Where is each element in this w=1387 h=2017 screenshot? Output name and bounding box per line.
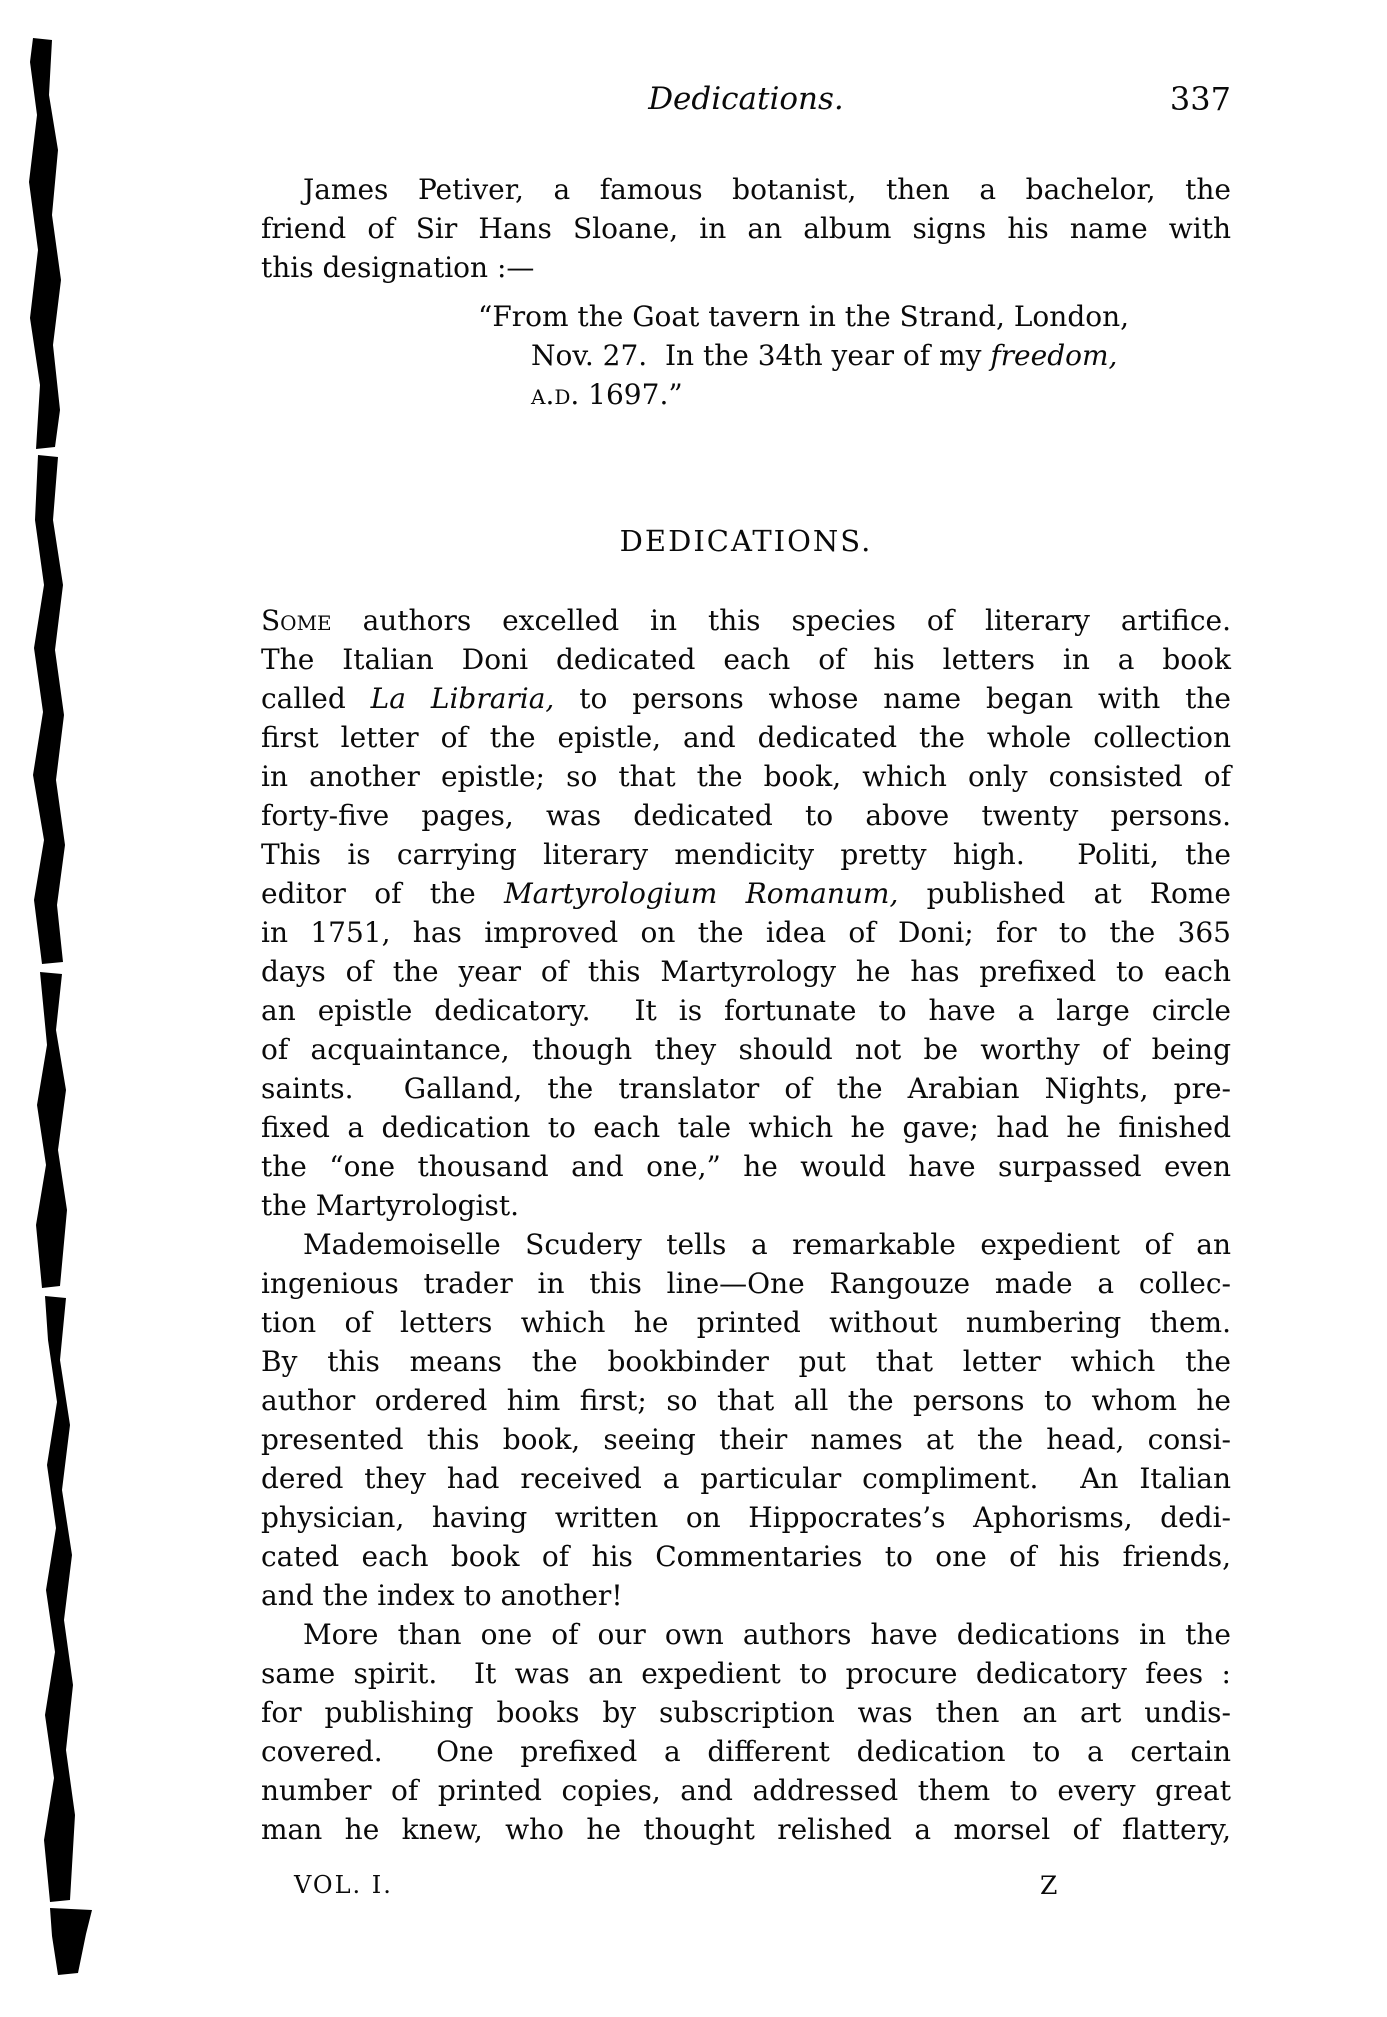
text-segment: in another epistle; so that the book, wh… xyxy=(261,760,1231,793)
text-segment: Mademoiselle Scudery tells a remarkable … xyxy=(303,1228,1231,1261)
text-segment: the Martyrologist. xyxy=(261,1189,519,1222)
text-line: in another epistle; so that the book, wh… xyxy=(261,757,1231,796)
text-segment: Nov. 27. In the 34th year of my xyxy=(531,339,990,372)
text-line: covered. One prefixed a different dedica… xyxy=(261,1732,1231,1771)
italic-text: La Libraria, xyxy=(371,682,555,715)
signature-letter: Z xyxy=(1040,1871,1057,1900)
text-line: the Martyrologist. xyxy=(261,1186,1231,1225)
paragraph: Some authors excelled in this species of… xyxy=(261,601,1231,1225)
text-segment: and the index to another! xyxy=(261,1579,623,1612)
italic-text: freedom, xyxy=(990,339,1117,372)
text-segment: More than one of our own authors have de… xyxy=(303,1618,1231,1651)
smallcaps-text: Some xyxy=(261,604,332,637)
text-line: an epistle dedicatory. It is fortunate t… xyxy=(261,991,1231,1030)
running-header: Dedications. 337 xyxy=(261,76,1231,122)
text-line: More than one of our own authors have de… xyxy=(261,1615,1231,1654)
text-segment: cated each book of his Commentaries to o… xyxy=(261,1540,1231,1573)
text-segment: dered they had received a particular com… xyxy=(261,1462,1231,1495)
text-line: man he knew, who he thought relished a m… xyxy=(261,1810,1231,1849)
text-segment: saints. Galland, the translator of the A… xyxy=(261,1072,1231,1105)
text-line: dered they had received a particular com… xyxy=(261,1459,1231,1498)
text-line: fixed a dedication to each tale which he… xyxy=(261,1108,1231,1147)
text-line: forty-five pages, was dedicated to above… xyxy=(261,796,1231,835)
text-segment: called xyxy=(261,682,371,715)
text-segment: number of printed copies, and addressed … xyxy=(261,1774,1231,1807)
text-segment: this designation :— xyxy=(261,251,534,284)
text-line: this designation :— xyxy=(261,248,1231,287)
paragraph: Mademoiselle Scudery tells a remarkable … xyxy=(261,1225,1231,1615)
page-number: 337 xyxy=(1170,76,1231,122)
text-line: tion of letters which he printed without… xyxy=(261,1303,1231,1342)
text-line: for publishing books by subscription was… xyxy=(261,1693,1231,1732)
paragraph: More than one of our own authors have de… xyxy=(261,1615,1231,1849)
text-segment: This is carrying literary mendicity pret… xyxy=(261,838,1231,871)
text-line: The Italian Doni dedicated each of his l… xyxy=(261,640,1231,679)
text-line: of acquaintance, though they should not … xyxy=(261,1030,1231,1069)
text-line: friend of Sir Hans Sloane, in an album s… xyxy=(261,209,1231,248)
text-segment: the “one thousand and one,” he would hav… xyxy=(261,1150,1231,1183)
text-segment: published at Rome xyxy=(898,877,1231,910)
text-segment: editor of the xyxy=(261,877,504,910)
text-segment: By this means the bookbinder put that le… xyxy=(261,1345,1231,1378)
text-segment: author ordered him first; so that all th… xyxy=(261,1384,1231,1417)
text-line: “From the Goat tavern in the Strand, Lon… xyxy=(478,297,1231,336)
text-line: physician, having written on Hippocrates… xyxy=(261,1498,1231,1537)
text-segment: tion of letters which he printed without… xyxy=(261,1306,1231,1339)
text-segment: 1697.” xyxy=(579,378,682,411)
text-line: ingenious trader in this line—One Rangou… xyxy=(261,1264,1231,1303)
text-line: number of printed copies, and addressed … xyxy=(261,1771,1231,1810)
body-text: Some authors excelled in this species of… xyxy=(261,601,1231,1849)
text-segment: fixed a dedication to each tale which he… xyxy=(261,1111,1231,1144)
text-segment: The Italian Doni dedicated each of his l… xyxy=(261,643,1231,676)
text-line: first letter of the epistle, and dedicat… xyxy=(261,718,1231,757)
text-segment: “From the Goat tavern in the Strand, Lon… xyxy=(478,300,1129,333)
block-quote: “From the Goat tavern in the Strand, Lon… xyxy=(261,297,1231,414)
text-segment: first letter of the epistle, and dedicat… xyxy=(261,721,1231,754)
text-line: called La Libraria, to persons whose nam… xyxy=(261,679,1231,718)
binding-scan-artifact xyxy=(0,0,120,2017)
page-footer: VOL. I. Z xyxy=(261,1871,1231,1905)
text-segment: of acquaintance, though they should not … xyxy=(261,1033,1231,1066)
text-segment: man he knew, who he thought relished a m… xyxy=(261,1813,1231,1846)
text-segment: authors excelled in this species of lite… xyxy=(332,604,1231,637)
text-line: Nov. 27. In the 34th year of my freedom, xyxy=(531,336,1231,375)
text-segment: same spirit. It was an expedient to proc… xyxy=(261,1657,1231,1690)
text-line: Mademoiselle Scudery tells a remarkable … xyxy=(261,1225,1231,1264)
text-segment: physician, having written on Hippocrates… xyxy=(261,1501,1231,1534)
italic-text: Martyrologium Romanum, xyxy=(504,877,898,910)
text-line: James Petiver, a famous botanist, then a… xyxy=(261,170,1231,209)
text-segment: covered. One prefixed a different dedica… xyxy=(261,1735,1231,1768)
text-line: and the index to another! xyxy=(261,1576,1231,1615)
section-heading: DEDICATIONS. xyxy=(261,524,1231,558)
smallcaps-text: a.d. xyxy=(531,378,579,411)
text-segment: for publishing books by subscription was… xyxy=(261,1696,1231,1729)
volume-label: VOL. I. xyxy=(294,1871,393,1899)
text-segment: friend of Sir Hans Sloane, in an album s… xyxy=(261,212,1231,245)
text-line: By this means the bookbinder put that le… xyxy=(261,1342,1231,1381)
scanned-book-page: Dedications. 337 James Petiver, a famous… xyxy=(0,0,1387,2017)
text-line: author ordered him first; so that all th… xyxy=(261,1381,1231,1420)
text-line: days of the year of this Martyrology he … xyxy=(261,952,1231,991)
text-line: the “one thousand and one,” he would hav… xyxy=(261,1147,1231,1186)
text-segment: to persons whose name began with the xyxy=(554,682,1231,715)
text-segment: James Petiver, a famous botanist, then a… xyxy=(303,173,1231,206)
text-segment: forty-five pages, was dedicated to above… xyxy=(261,799,1231,832)
text-line: in 1751, has improved on the idea of Don… xyxy=(261,913,1231,952)
text-line: editor of the Martyrologium Romanum, pub… xyxy=(261,874,1231,913)
text-line: This is carrying literary mendicity pret… xyxy=(261,835,1231,874)
text-segment: in 1751, has improved on the idea of Don… xyxy=(261,916,1231,949)
text-segment: an epistle dedicatory. It is fortunate t… xyxy=(261,994,1231,1027)
page-title: Dedications. xyxy=(261,76,1231,122)
text-line: cated each book of his Commentaries to o… xyxy=(261,1537,1231,1576)
text-segment: presented this book, seeing their names … xyxy=(261,1423,1231,1456)
text-line: presented this book, seeing their names … xyxy=(261,1420,1231,1459)
text-line: saints. Galland, the translator of the A… xyxy=(261,1069,1231,1108)
text-line: same spirit. It was an expedient to proc… xyxy=(261,1654,1231,1693)
intro-paragraph: James Petiver, a famous botanist, then a… xyxy=(261,170,1231,287)
text-line: Some authors excelled in this species of… xyxy=(261,601,1231,640)
text-line: a.d. 1697.” xyxy=(531,375,1231,414)
text-segment: days of the year of this Martyrology he … xyxy=(261,955,1231,988)
text-segment: ingenious trader in this line—One Rangou… xyxy=(261,1267,1231,1300)
